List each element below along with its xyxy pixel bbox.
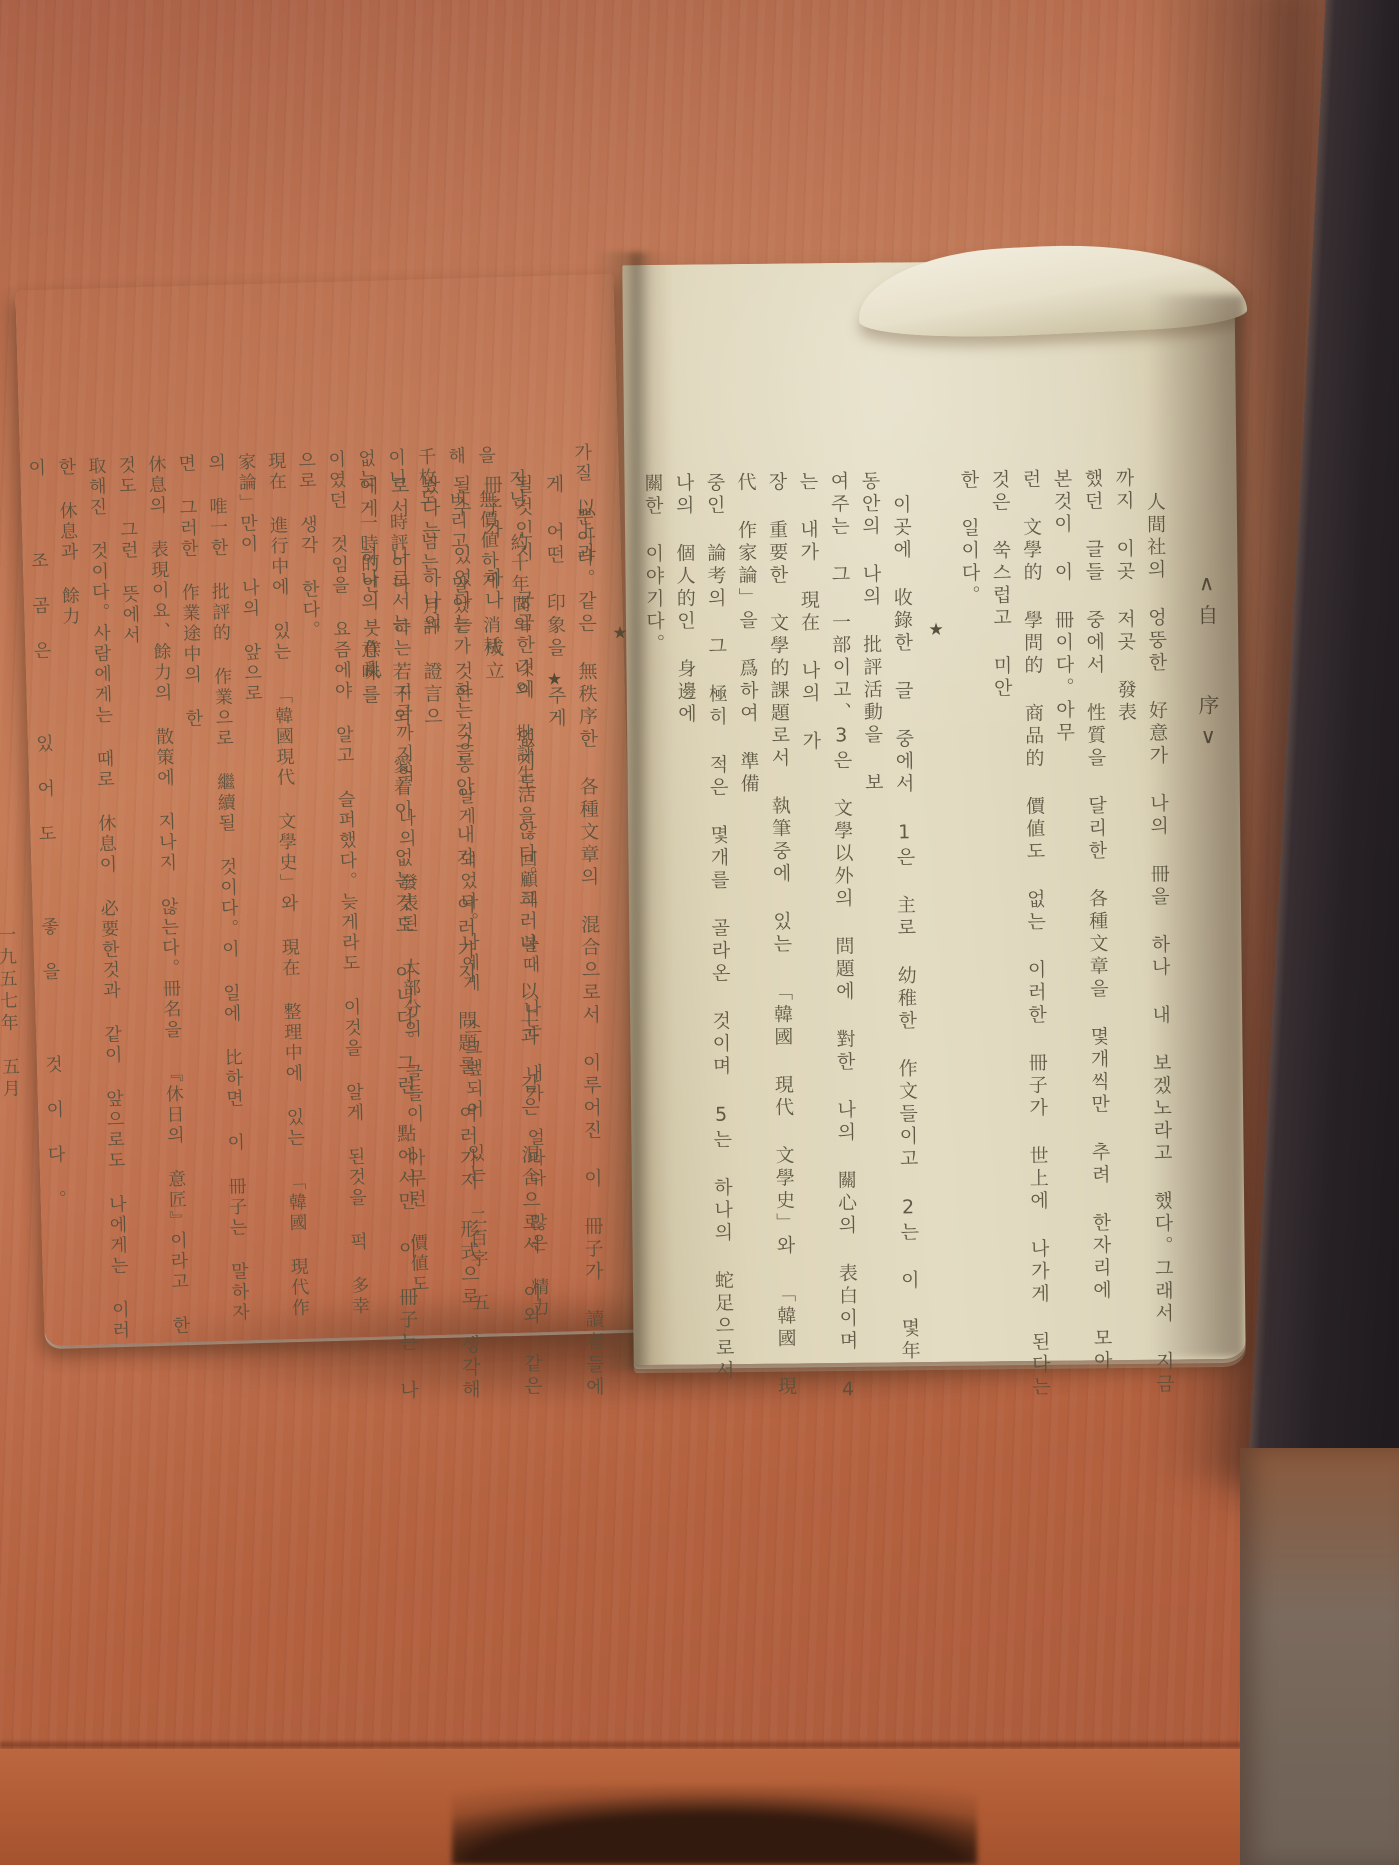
text-column: 될것인지 궁금한것이 없지도 않다。그러나 以上과 같은 混合으로서 이와 같은…: [475, 474, 547, 1410]
bottom-right-panel: [1240, 1448, 1399, 1865]
desk-edge-seam: [0, 1740, 1399, 1749]
fore-edge-shadow: [1148, 295, 1244, 1357]
right-page-text: ∧自 序∨人間社의 엉뚱한 好意가 나의 冊을 하나 내 보겠노라고 했다。그래…: [351, 467, 1230, 1411]
text-column: 로서 나로서는 若干의 愛着이 없는것도 아니다。그런 點에서만 이 冊子는 나…: [351, 475, 423, 1411]
book-gutter: [594, 252, 672, 1370]
text-column: 될수 있었다는 것은 그동안 내가 여러가지 問題를 여러가지 形式으로 생각해…: [413, 475, 485, 1411]
text-column: 여주는 그 一部이고、3은 文學以外의 問題에 對한 나의 關心의 表白이며 4…: [791, 471, 863, 1407]
floor-shadow: [452, 1786, 977, 1865]
photo-scene: 가질 뿐이다。★지난 約十年間의 나의 批評生活을 回顧해 볼때 나는 내가 얼…: [0, 0, 1399, 1865]
text-column: 이곳에 收錄한 글 중에서 1은 主로 幼稚한 作文들이고 2는 이 몇年 동안…: [853, 470, 925, 1406]
text-column: 중인 論考의 그 極히 적은 몇개를 골라온 것이며 5는 하나의 蛇足으로서 …: [667, 472, 739, 1408]
text-column: 했던 글들 중에서 性質을 달리한 各種文章을 몇개씩만 추려 한자리에 모아 …: [1045, 468, 1117, 1404]
text-column: 런 文學的 學問的 商品的 價値도 없는 이러한 冊子가 世上에 나가게 된다는…: [983, 469, 1055, 1405]
text-column: 장 重要한 文學的課題로서 執筆중에 있는 「韓國 現代 文學史」와 「韓國 現…: [729, 471, 801, 1407]
